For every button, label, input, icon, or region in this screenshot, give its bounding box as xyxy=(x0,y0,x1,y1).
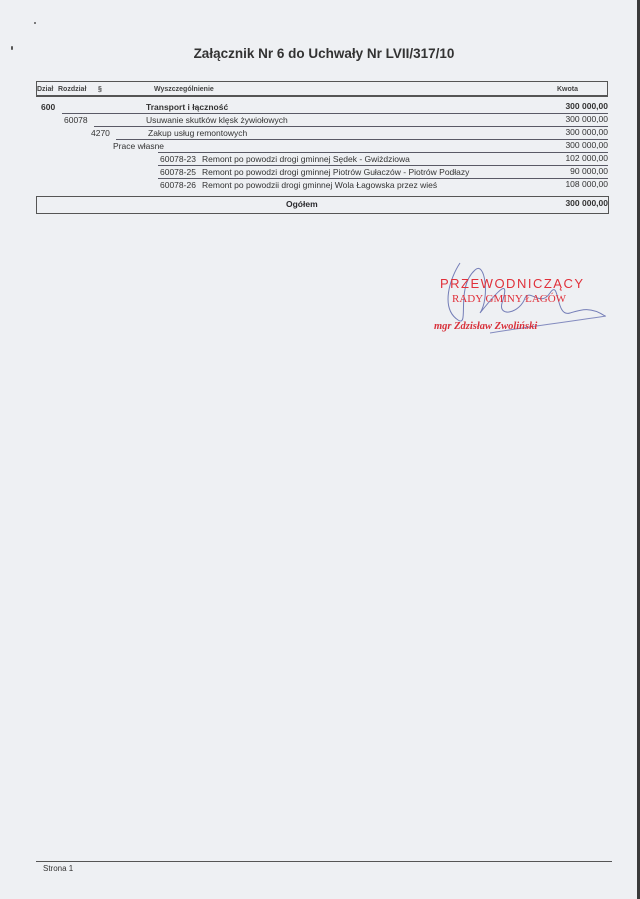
row-code: 60078-26 xyxy=(160,179,196,191)
row-label: Remont po powodzi drogi gminnej Sędek - … xyxy=(202,153,410,165)
row-label: Zakup usług remontowych xyxy=(148,127,247,139)
row-amount: 102 000,00 xyxy=(565,153,608,163)
row-label: Usuwanie skutków klęsk żywiołowych xyxy=(146,114,288,126)
row-label: Remont po powodzi drogi gminnej Piotrów … xyxy=(202,166,469,178)
row-amount: 300 000,00 xyxy=(565,101,608,111)
table-row: 60078-23 Remont po powodzi drogi gminnej… xyxy=(36,153,608,166)
official-stamp: PRZEWODNICZĄCY RADY GMINY ŁAGÓW mgr Zdzi… xyxy=(430,258,610,348)
row-code: 60078-23 xyxy=(160,153,196,165)
row-label: Prace własne xyxy=(113,140,164,152)
scan-speck xyxy=(34,22,36,24)
table-row: 60078-26 Remont po powodzii drogi gminne… xyxy=(36,179,608,192)
row-amount: 108 000,00 xyxy=(565,179,608,189)
header-dzial: Dział xyxy=(37,86,53,93)
row-amount: 300 000,00 xyxy=(565,127,608,137)
row-code: 60078-25 xyxy=(160,166,196,178)
total-amount: 300 000,00 xyxy=(565,198,608,208)
table-row: 600 Transport i łączność xyxy=(36,101,608,114)
total-row: Ogółem xyxy=(36,196,609,214)
stamp-name: mgr Zdzisław Zwoliński xyxy=(434,321,537,332)
page-number: Strona 1 xyxy=(43,864,73,873)
row-amount: 300 000,00 xyxy=(565,114,608,124)
table-row: 60078-25 Remont po powodzi drogi gminnej… xyxy=(36,166,608,179)
row-code: 60078 xyxy=(64,114,88,126)
total-label: Ogółem xyxy=(286,199,318,209)
document-title: Załącznik Nr 6 do Uchwały Nr LVII/317/10 xyxy=(0,46,640,61)
stamp-title: PRZEWODNICZĄCY xyxy=(440,276,585,291)
header-rozdzial: Rozdział xyxy=(58,86,86,93)
table-row: 4270 Zakup usług remontowych xyxy=(36,127,608,140)
table-row: Prace własne xyxy=(36,140,608,153)
stamp-council: RADY GMINY ŁAGÓW xyxy=(452,293,566,305)
table-header: Dział Rozdział § Wyszczególnienie Kwota xyxy=(36,81,608,97)
footer-divider xyxy=(36,861,612,862)
row-label: Remont po powodzii drogi gminnej Wola Ła… xyxy=(202,179,437,191)
row-code: 600 xyxy=(41,101,55,113)
header-wyszczegolnienie: Wyszczególnienie xyxy=(154,86,214,93)
table-row: 60078 Usuwanie skutków klęsk żywiołowych xyxy=(36,114,608,127)
row-amount: 90 000,00 xyxy=(570,166,608,176)
row-label: Transport i łączność xyxy=(146,101,228,113)
row-code: 4270 xyxy=(91,127,110,139)
header-paragraf: § xyxy=(98,86,102,93)
row-amount: 300 000,00 xyxy=(565,140,608,150)
header-kwota: Kwota xyxy=(557,86,578,93)
